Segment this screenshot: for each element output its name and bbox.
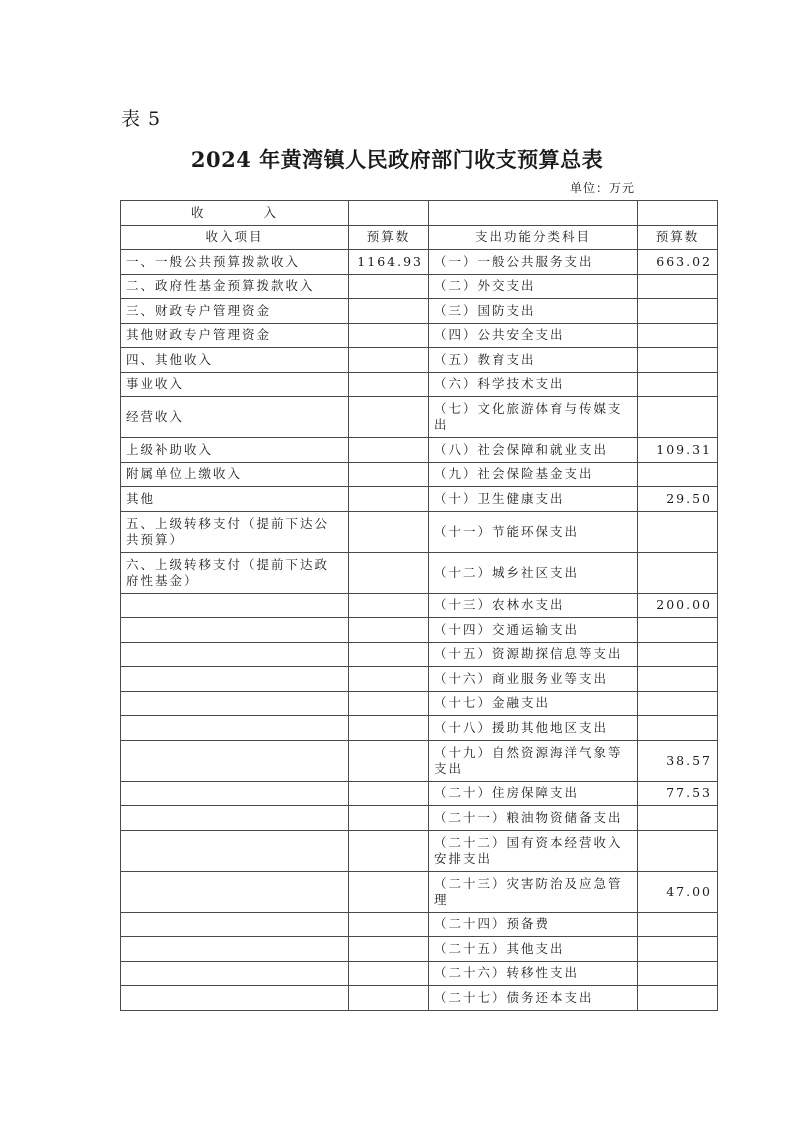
income-item-cell: 经营收入 <box>121 397 349 438</box>
income-item-cell: 五、上级转移支付（提前下达公共预算） <box>121 511 349 552</box>
table-row: （十五）资源勘探信息等支出 <box>121 642 718 667</box>
income-item-cell <box>121 781 349 806</box>
table-row: （二十四）预备费 <box>121 912 718 937</box>
table-row: （十三）农林水支出200.00 <box>121 593 718 618</box>
expense-amount-cell <box>638 552 718 593</box>
expense-item-cell: （五）教育支出 <box>429 348 638 373</box>
income-item-cell <box>121 667 349 692</box>
column-header-row: 收入项目 预算数 支出功能分类科目 预算数 <box>121 225 718 250</box>
income-amount-cell <box>349 372 429 397</box>
income-item-cell <box>121 806 349 831</box>
expense-amount-cell <box>638 642 718 667</box>
table-row: 上级补助收入（八）社会保障和就业支出109.31 <box>121 438 718 463</box>
table-row: （十八）援助其他地区支出 <box>121 716 718 741</box>
expense-item-cell: （十五）资源勘探信息等支出 <box>429 642 638 667</box>
income-item-cell: 一、一般公共预算拨款收入 <box>121 250 349 275</box>
income-item-cell <box>121 937 349 962</box>
table-row: 附属单位上缴收入（九）社会保险基金支出 <box>121 462 718 487</box>
expense-item-cell: （二十五）其他支出 <box>429 937 638 962</box>
income-amount-cell <box>349 781 429 806</box>
income-item-cell <box>121 830 349 871</box>
table-row: 一、一般公共预算拨款收入1164.93（一）一般公共服务支出663.02 <box>121 250 718 275</box>
expense-item-cell: （二十七）债务还本支出 <box>429 986 638 1011</box>
expense-amount-cell <box>638 830 718 871</box>
expense-item-cell: （四）公共安全支出 <box>429 323 638 348</box>
expense-amount-cell: 77.53 <box>638 781 718 806</box>
table-label: 表 5 <box>121 104 161 131</box>
income-amount-cell <box>349 511 429 552</box>
table-row: （十六）商业服务业等支出 <box>121 667 718 692</box>
income-amount-cell <box>349 299 429 324</box>
income-amount-cell <box>349 667 429 692</box>
page-title: 2024 年黄湾镇人民政府部门收支预算总表 <box>0 144 794 174</box>
table-row: 六、上级转移支付（提前下达政府性基金）（十二）城乡社区支出 <box>121 552 718 593</box>
empty-cell <box>638 201 718 226</box>
income-item-cell: 附属单位上缴收入 <box>121 462 349 487</box>
expense-amount-cell: 663.02 <box>638 250 718 275</box>
expense-amount-cell <box>638 511 718 552</box>
table-row: 事业收入（六）科学技术支出 <box>121 372 718 397</box>
expense-amount-cell <box>638 716 718 741</box>
expense-item-cell: （八）社会保障和就业支出 <box>429 438 638 463</box>
table-row: （十七）金融支出 <box>121 691 718 716</box>
income-item-cell: 事业收入 <box>121 372 349 397</box>
income-amount-cell <box>349 487 429 512</box>
income-item-cell <box>121 986 349 1011</box>
table-row: （十九）自然资源海洋气象等支出38.57 <box>121 740 718 781</box>
table-row: （二十七）债务还本支出 <box>121 986 718 1011</box>
unit-label: 单位：万元 <box>570 179 635 196</box>
expense-item-cell: （二十四）预备费 <box>429 912 638 937</box>
table-row: （十四）交通运输支出 <box>121 618 718 643</box>
income-item-cell: 其他 <box>121 487 349 512</box>
table-row: 三、财政专户管理资金（三）国防支出 <box>121 299 718 324</box>
expense-item-cell: （二）外交支出 <box>429 274 638 299</box>
budget-table: 收 入 收入项目 预算数 支出功能分类科目 预算数 一、一般公共预算拨款收入11… <box>120 200 718 1011</box>
expense-item-cell: （十）卫生健康支出 <box>429 487 638 512</box>
expense-amount-cell: 29.50 <box>638 487 718 512</box>
expense-amount-cell <box>638 912 718 937</box>
income-amount-cell <box>349 716 429 741</box>
expense-amount-cell: 38.57 <box>638 740 718 781</box>
income-amount-cell <box>349 871 429 912</box>
expense-amount-cell <box>638 348 718 373</box>
expense-item-cell: （六）科学技术支出 <box>429 372 638 397</box>
expense-amount-cell <box>638 961 718 986</box>
income-group-header: 收 入 <box>121 201 349 226</box>
table-row: （二十五）其他支出 <box>121 937 718 962</box>
table-row: （二十一）粮油物资储备支出 <box>121 806 718 831</box>
income-item-cell: 三、财政专户管理资金 <box>121 299 349 324</box>
table-row: 其他财政专户管理资金（四）公共安全支出 <box>121 323 718 348</box>
table-row: （二十二）国有资本经营收入安排支出 <box>121 830 718 871</box>
income-amount-cell <box>349 348 429 373</box>
income-amount-cell <box>349 806 429 831</box>
income-amount-cell <box>349 961 429 986</box>
expense-amount-cell: 47.00 <box>638 871 718 912</box>
expense-item-cell: （三）国防支出 <box>429 299 638 324</box>
income-item-cell: 六、上级转移支付（提前下达政府性基金） <box>121 552 349 593</box>
income-item-cell <box>121 642 349 667</box>
income-amount-cell <box>349 618 429 643</box>
expense-item-cell: （二十三）灾害防治及应急管理 <box>429 871 638 912</box>
income-amount-cell <box>349 438 429 463</box>
income-amount-cell <box>349 691 429 716</box>
income-amount-cell <box>349 462 429 487</box>
income-item-cell <box>121 618 349 643</box>
income-item-cell <box>121 691 349 716</box>
expense-amount-cell <box>638 397 718 438</box>
expense-amount-cell <box>638 323 718 348</box>
expense-amount-cell: 109.31 <box>638 438 718 463</box>
expense-item-cell: （一）一般公共服务支出 <box>429 250 638 275</box>
header-group-row: 收 入 <box>121 201 718 226</box>
expense-amount-cell <box>638 618 718 643</box>
expense-amount-cell <box>638 986 718 1011</box>
income-item-header: 收入项目 <box>121 225 349 250</box>
income-item-cell <box>121 912 349 937</box>
expense-amount-cell <box>638 806 718 831</box>
income-item-cell: 上级补助收入 <box>121 438 349 463</box>
income-item-cell: 二、政府性基金预算拨款收入 <box>121 274 349 299</box>
expense-item-cell: （十一）节能环保支出 <box>429 511 638 552</box>
table-row: 五、上级转移支付（提前下达公共预算）（十一）节能环保支出 <box>121 511 718 552</box>
income-item-cell: 其他财政专户管理资金 <box>121 323 349 348</box>
income-amount-cell <box>349 912 429 937</box>
expense-item-cell: （十七）金融支出 <box>429 691 638 716</box>
table-row: 二、政府性基金预算拨款收入（二）外交支出 <box>121 274 718 299</box>
income-amount-header: 预算数 <box>349 225 429 250</box>
income-amount-cell <box>349 397 429 438</box>
table-row: （二十）住房保障支出77.53 <box>121 781 718 806</box>
expense-item-cell: （七）文化旅游体育与传媒支出 <box>429 397 638 438</box>
expense-item-cell: （二十二）国有资本经营收入安排支出 <box>429 830 638 871</box>
income-amount-cell <box>349 642 429 667</box>
income-item-cell <box>121 871 349 912</box>
income-amount-cell: 1164.93 <box>349 250 429 275</box>
income-item-cell <box>121 740 349 781</box>
income-amount-cell <box>349 740 429 781</box>
income-item-cell <box>121 593 349 618</box>
income-amount-cell <box>349 830 429 871</box>
expense-item-cell: （九）社会保险基金支出 <box>429 462 638 487</box>
income-amount-cell <box>349 937 429 962</box>
table-row: 四、其他收入（五）教育支出 <box>121 348 718 373</box>
expense-amount-cell <box>638 274 718 299</box>
empty-cell <box>349 201 429 226</box>
income-amount-cell <box>349 274 429 299</box>
expense-amount-cell <box>638 691 718 716</box>
expense-item-cell: （十二）城乡社区支出 <box>429 552 638 593</box>
expense-item-cell: （十四）交通运输支出 <box>429 618 638 643</box>
income-amount-cell <box>349 986 429 1011</box>
table-row: （二十三）灾害防治及应急管理47.00 <box>121 871 718 912</box>
income-item-cell <box>121 716 349 741</box>
expense-amount-cell <box>638 299 718 324</box>
income-amount-cell <box>349 552 429 593</box>
table-row: （二十六）转移性支出 <box>121 961 718 986</box>
expense-group-header <box>429 201 638 226</box>
income-amount-cell <box>349 593 429 618</box>
expense-item-header: 支出功能分类科目 <box>429 225 638 250</box>
expense-item-cell: （十九）自然资源海洋气象等支出 <box>429 740 638 781</box>
income-item-cell: 四、其他收入 <box>121 348 349 373</box>
income-item-cell <box>121 961 349 986</box>
expense-item-cell: （二十）住房保障支出 <box>429 781 638 806</box>
expense-item-cell: （十三）农林水支出 <box>429 593 638 618</box>
expense-amount-cell <box>638 667 718 692</box>
expense-amount-header: 预算数 <box>638 225 718 250</box>
expense-amount-cell <box>638 462 718 487</box>
expense-item-cell: （十六）商业服务业等支出 <box>429 667 638 692</box>
table-row: 经营收入（七）文化旅游体育与传媒支出 <box>121 397 718 438</box>
expense-amount-cell <box>638 372 718 397</box>
expense-item-cell: （十八）援助其他地区支出 <box>429 716 638 741</box>
table-row: 其他（十）卫生健康支出29.50 <box>121 487 718 512</box>
expense-amount-cell <box>638 937 718 962</box>
income-amount-cell <box>349 323 429 348</box>
expense-item-cell: （二十一）粮油物资储备支出 <box>429 806 638 831</box>
expense-amount-cell: 200.00 <box>638 593 718 618</box>
expense-item-cell: （二十六）转移性支出 <box>429 961 638 986</box>
